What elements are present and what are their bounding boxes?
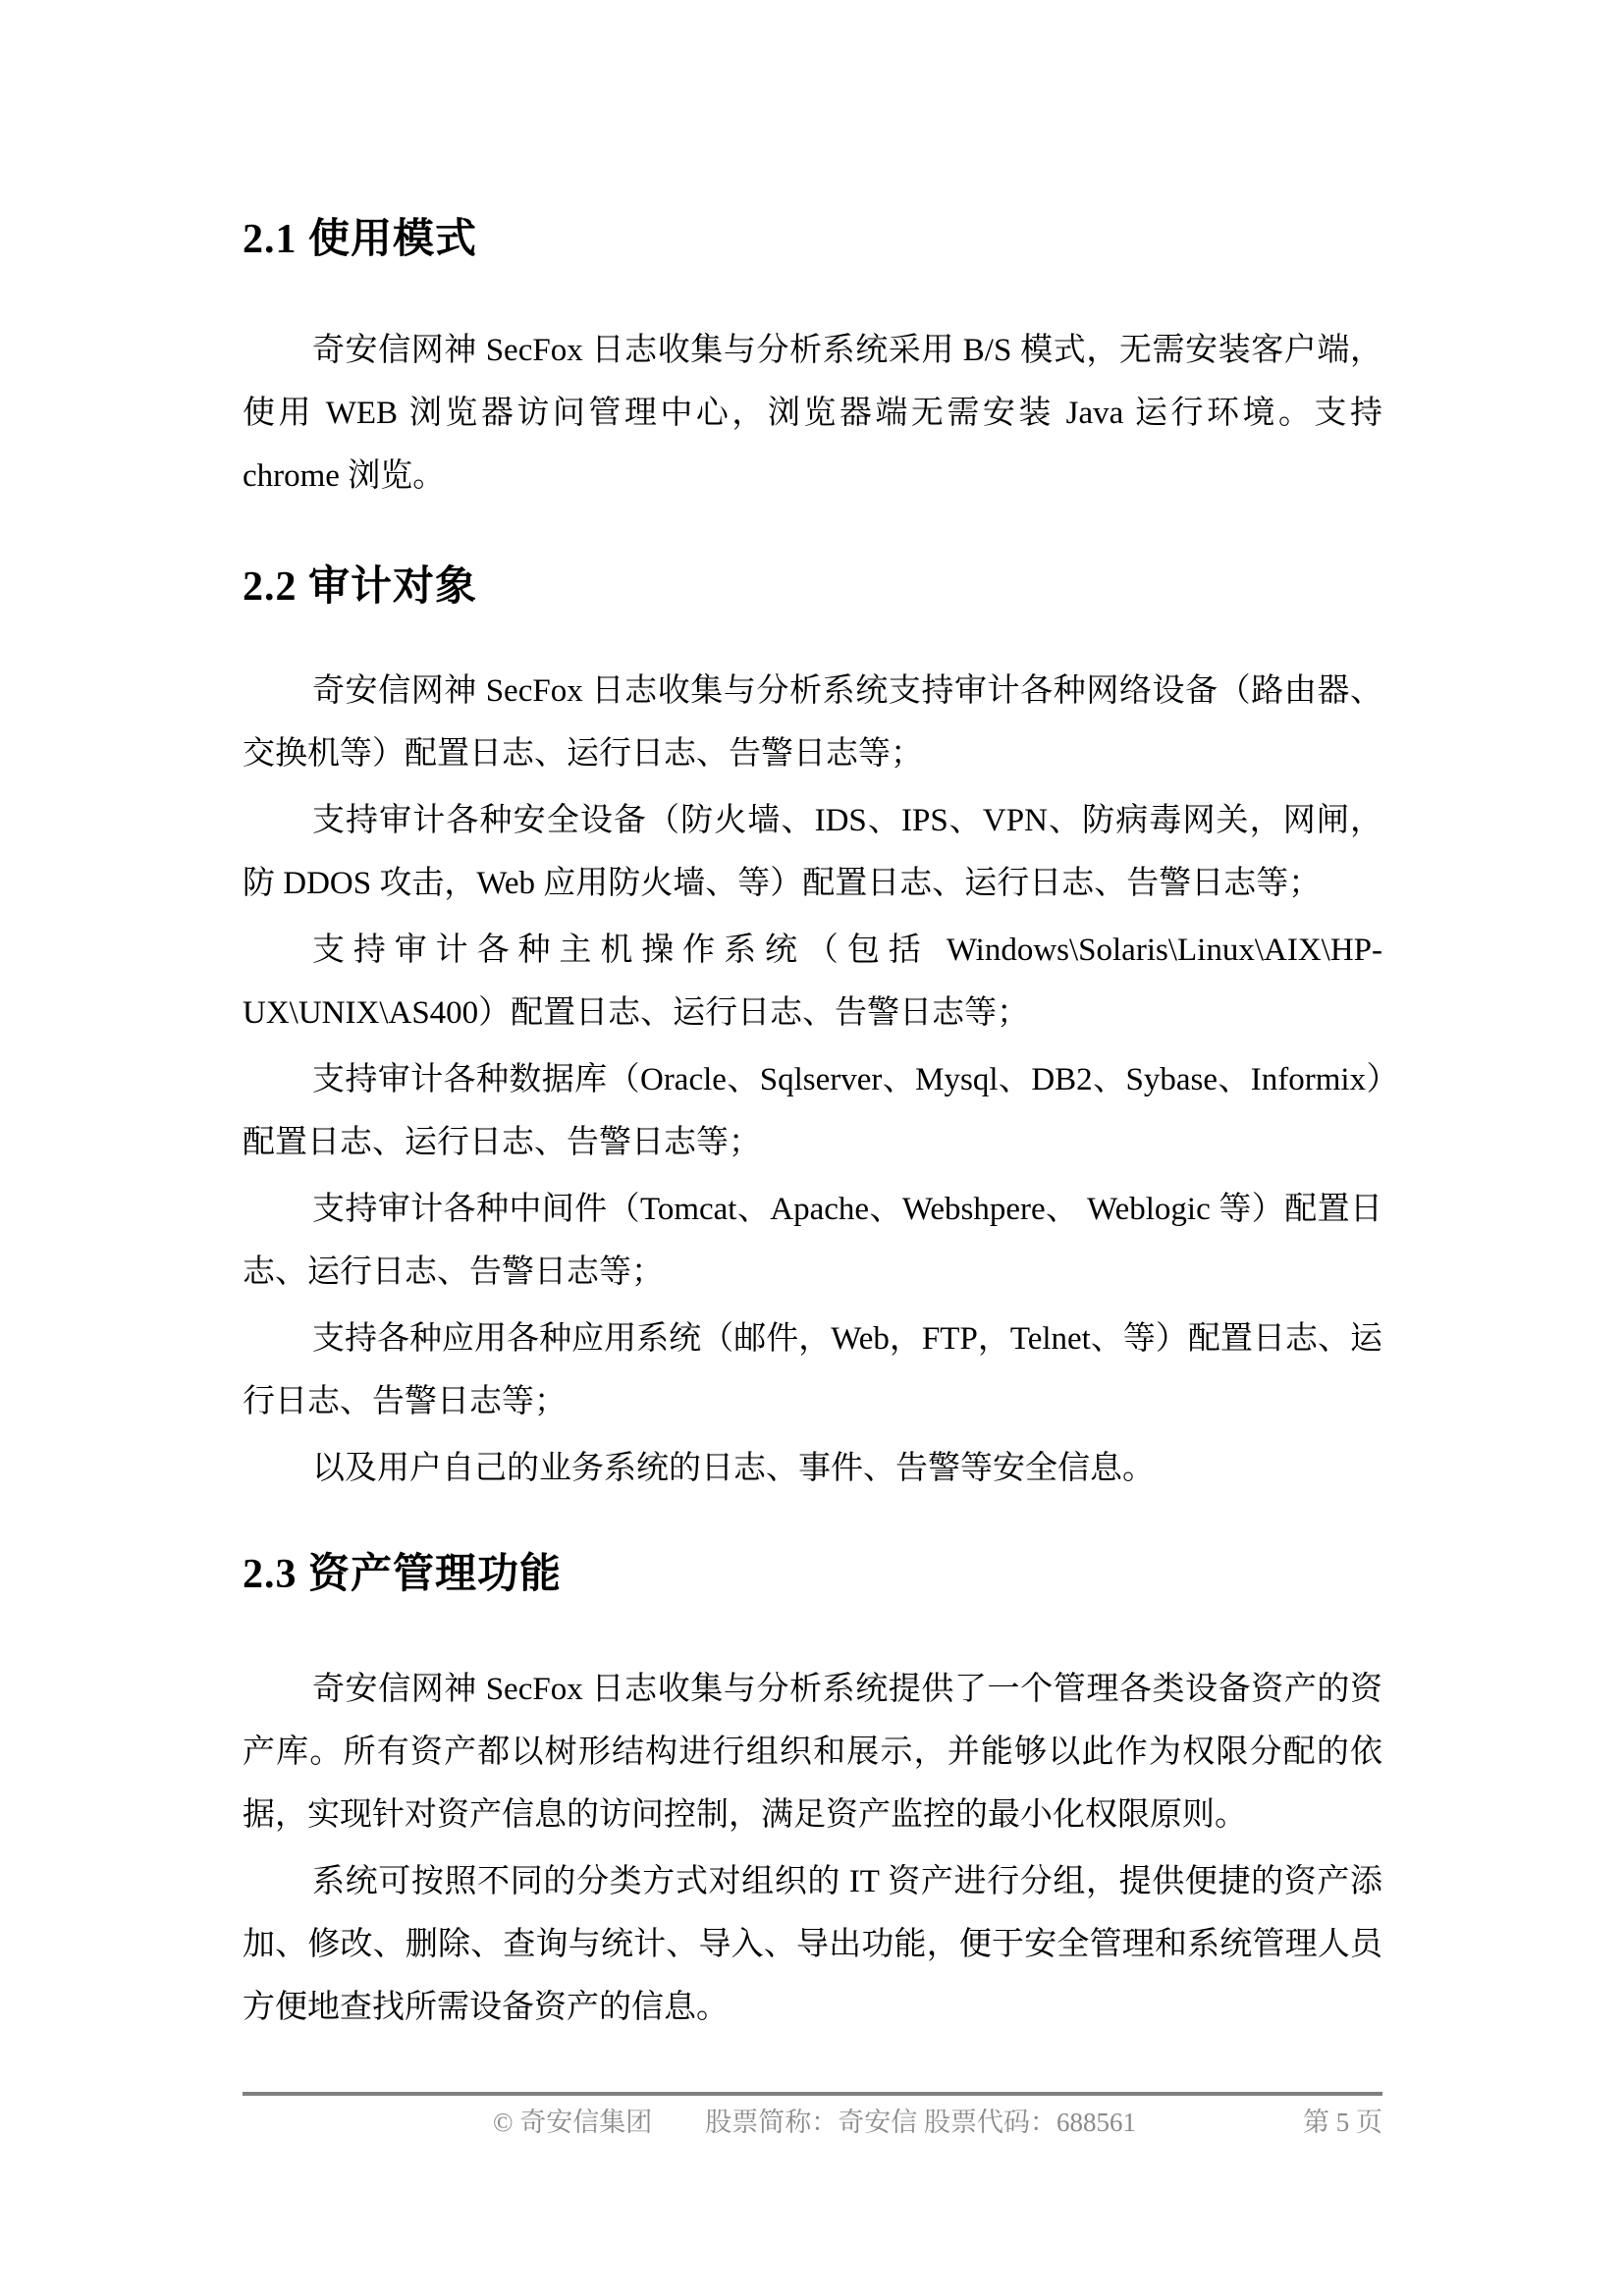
- paragraph: 奇安信网神 SecFox 日志收集与分析系统支持审计各种网络设备（路由器、交换机…: [243, 660, 1382, 785]
- paragraph: 支持审计各种安全设备（防火墙、IDS、IPS、VPN、防病毒网关，网闸，防 DD…: [243, 789, 1382, 915]
- paragraph: 系统可按照不同的分类方式对组织的 IT 资产进行分组，提供便捷的资产添加、修改、…: [243, 1850, 1382, 2039]
- paragraph: 以及用户自己的业务系统的日志、事件、告警等安全信息。: [243, 1437, 1382, 1500]
- footer-stock-info: 股票简称：奇安信 股票代码：688561: [705, 2106, 1136, 2139]
- paragraph: 支持各种应用各种应用系统（邮件，Web，FTP，Telnet、等）配置日志、运行…: [243, 1308, 1382, 1433]
- section-heading-2-2: 2.2 审计对象: [243, 565, 1382, 609]
- paragraph: 奇安信网神 SecFox 日志收集与分析系统采用 B/S 模式，无需安装客户端，…: [243, 319, 1382, 507]
- footer-copyright: © 奇安信集团: [493, 2106, 652, 2139]
- footer-page-number: 第 5 页: [1303, 2106, 1382, 2139]
- document-body: 2.1 使用模式 奇安信网神 SecFox 日志收集与分析系统采用 B/S 模式…: [243, 0, 1382, 2043]
- document-page: 2.1 使用模式 奇安信网神 SecFox 日志收集与分析系统采用 B/S 模式…: [0, 0, 1624, 2296]
- paragraph: 支持审计各种中间件（Tomcat、Apache、Webshpere、 Weblo…: [243, 1178, 1382, 1304]
- section-heading-2-3: 2.3 资产管理功能: [243, 1553, 1382, 1596]
- section-usage-mode: 2.1 使用模式 奇安信网神 SecFox 日志收集与分析系统采用 B/S 模式…: [243, 218, 1382, 507]
- paragraph: 支持审计各种主机操作系统（包括 Windows\Solaris\Linux\AI…: [243, 919, 1382, 1044]
- section-audit-objects: 2.2 审计对象 奇安信网神 SecFox 日志收集与分析系统支持审计各种网络设…: [243, 565, 1382, 1500]
- section-asset-management: 2.3 资产管理功能 奇安信网神 SecFox 日志收集与分析系统提供了一个管理…: [243, 1553, 1382, 2039]
- footer-text-row: © 奇安信集团 股票简称：奇安信 股票代码：688561 第 5 页: [243, 2096, 1382, 2139]
- paragraph: 支持审计各种数据库（Oracle、Sqlserver、Mysql、DB2、Syb…: [243, 1048, 1382, 1174]
- section-heading-2-1: 2.1 使用模式: [243, 218, 1382, 261]
- page-footer: © 奇安信集团 股票简称：奇安信 股票代码：688561 第 5 页: [243, 2092, 1382, 2139]
- paragraph: 奇安信网神 SecFox 日志收集与分析系统提供了一个管理各类设备资产的资产库。…: [243, 1658, 1382, 1846]
